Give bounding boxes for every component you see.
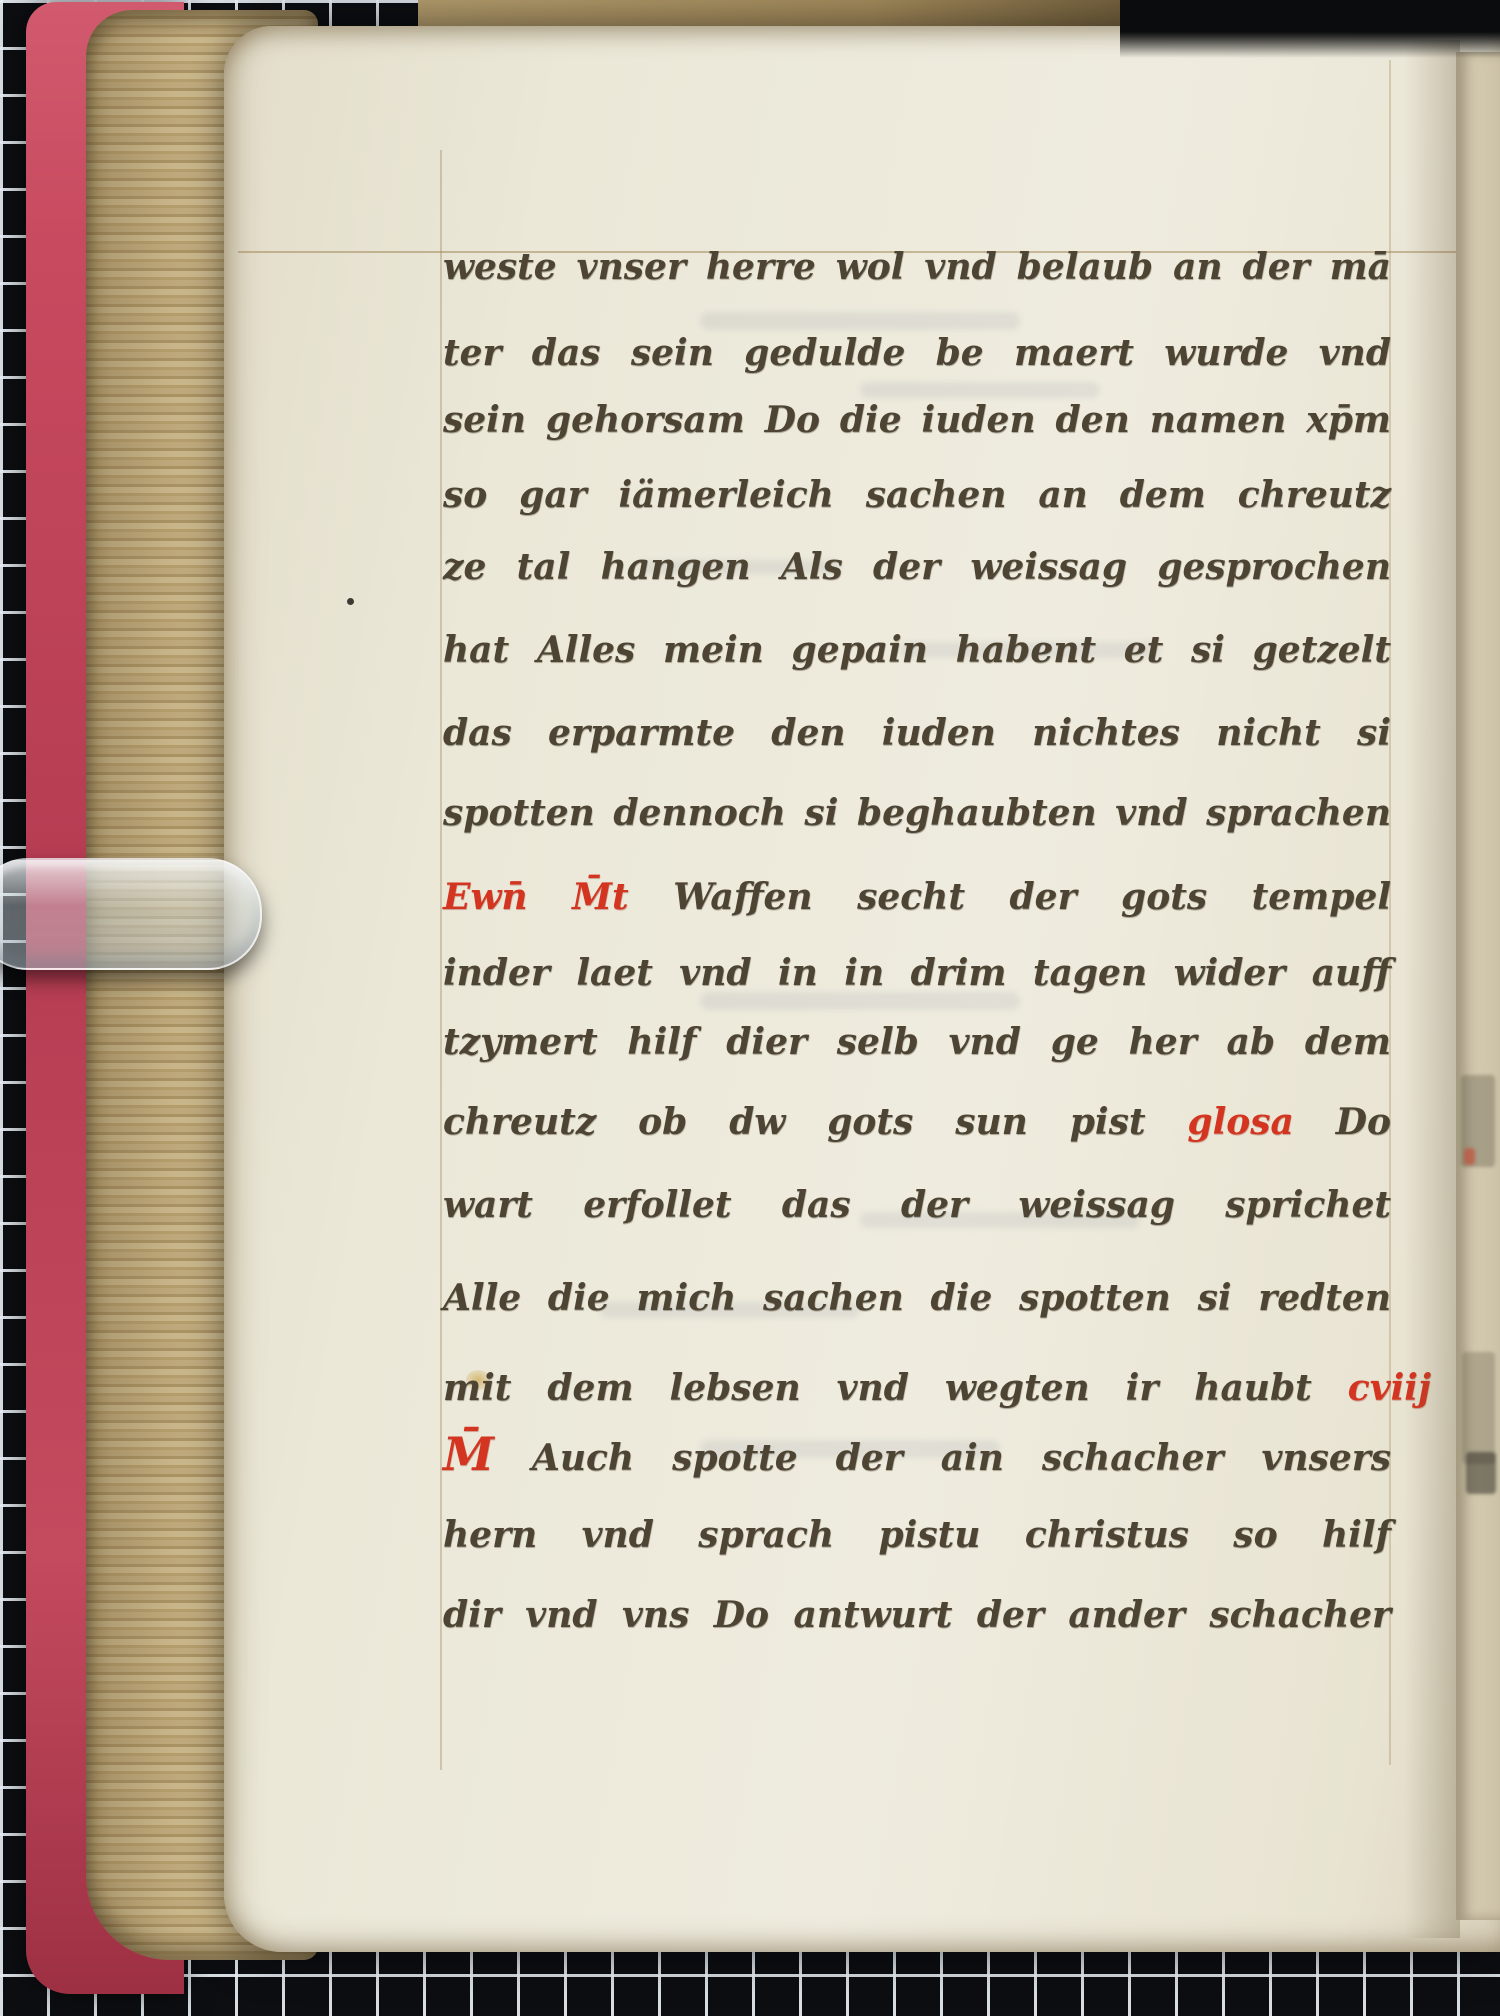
text-line: chreutz ob dw gots sun pist glosa Do <box>443 1100 1391 1144</box>
text-segment: Auch spotte der ain schacher vnsers <box>532 1437 1391 1479</box>
text-segment: ze tal hangen Als der weissag gesprochen <box>443 546 1391 588</box>
text-segment: hern vnd sprach pistu christus so hilf <box>443 1514 1391 1556</box>
text-line: hern vnd sprach pistu christus so hilf <box>443 1513 1391 1557</box>
text-segment: weste vnser herre wol vnd belaub an der … <box>443 246 1391 288</box>
facing-page-text-mark <box>1462 1352 1495 1464</box>
text-segment: sein gehorsam Do die iuden den namen xp̄… <box>443 399 1391 441</box>
text-segment: tzymert hilf dier selb vnd ge her ab dem <box>443 1021 1391 1063</box>
text-segment: Alle die mich sachen die spotten si redt… <box>443 1277 1391 1319</box>
text-line: ze tal hangen Als der weissag gesprochen <box>443 545 1391 589</box>
text-segment: Do <box>1336 1101 1391 1143</box>
facing-page-sliver <box>1456 52 1500 1920</box>
glass-page-weight <box>0 858 262 970</box>
text-segment: so gar iämerleich sachen an dem chreutz <box>443 474 1391 516</box>
text-segment: chreutz ob dw gots sun pist <box>443 1101 1145 1143</box>
text-line: weste vnser herre wol vnd belaub an der … <box>443 245 1391 289</box>
text-line: ter das sein gedulde be maert wurde vnd <box>443 331 1391 375</box>
facing-page-rubric-mark <box>1464 1148 1475 1165</box>
text-segment: ter das sein gedulde be maert wurde vnd <box>443 332 1391 374</box>
rubric-segment: Ewn̄ M̄t <box>443 876 629 918</box>
background-shadow <box>1120 0 1500 58</box>
text-line: spotten dennoch si beghaubten vnd sprach… <box>443 791 1391 835</box>
text-line: so gar iämerleich sachen an dem chreutz <box>443 473 1391 517</box>
ink-showthrough <box>860 382 1100 398</box>
facing-page-text-mark <box>1466 1452 1496 1494</box>
text-line: Alle die mich sachen die spotten si redt… <box>443 1276 1391 1320</box>
rubric-segment: glosa <box>1187 1101 1293 1143</box>
rubric-initial: M̄ <box>443 1427 494 1481</box>
text-line: tzymert hilf dier selb vnd ge her ab dem <box>443 1020 1391 1064</box>
text-line: M̄ Auch spotte der ain schacher vnsers <box>443 1432 1391 1480</box>
text-line: inder laet vnd in in drim tagen wider au… <box>443 951 1391 995</box>
text-line: das erparmte den iuden nichtes nicht si <box>443 711 1391 755</box>
text-segment: wart erfollet das der weissag sprichet <box>443 1184 1391 1226</box>
page-gutter-shadow <box>1404 40 1460 1938</box>
photograph: weste vnser herre wol vnd belaub an der … <box>0 0 1500 2016</box>
text-segment: Waffen secht der gots tempel <box>673 876 1391 918</box>
text-line: sein gehorsam Do die iuden den namen xp̄… <box>443 398 1391 442</box>
ruling-line-left <box>440 150 442 1770</box>
text-line: Ewn̄ M̄t Waffen secht der gots tempel <box>443 875 1391 919</box>
text-line: dir vnd vns Do antwurt der ander schache… <box>443 1593 1391 1637</box>
text-segment: hat Alles mein gepain habent et si getze… <box>443 629 1391 671</box>
text-line: mit dem lebsen vnd wegten ir haubt cviij <box>443 1366 1431 1410</box>
text-segment: das erparmte den iuden nichtes nicht si <box>443 712 1391 754</box>
text-segment: inder laet vnd in in drim tagen wider au… <box>443 952 1391 994</box>
text-segment: spotten dennoch si beghaubten vnd sprach… <box>443 792 1391 834</box>
text-segment: mit dem lebsen vnd wegten ir haubt <box>443 1367 1312 1409</box>
text-line: hat Alles mein gepain habent et si getze… <box>443 628 1391 672</box>
text-segment: dir vnd vns Do antwurt der ander schache… <box>443 1594 1391 1636</box>
ink-showthrough <box>700 312 1020 330</box>
text-line: wart erfollet das der weissag sprichet <box>443 1183 1391 1227</box>
parchment-speck <box>347 598 354 605</box>
